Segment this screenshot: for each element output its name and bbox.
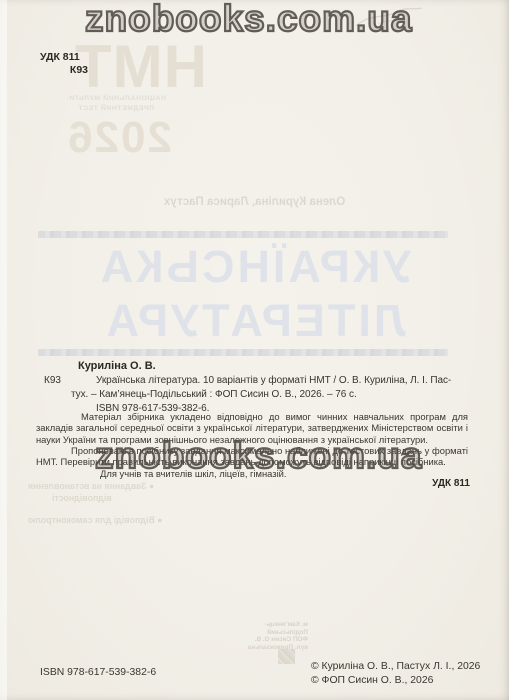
bleedthrough-series-caption-line2: ПРЕДМЕТНИЙ ТЕСТ <box>56 104 176 114</box>
bleedthrough-series-caption: НАЦІОНАЛЬНИЙ МУЛЬТИ- ПРЕДМЕТНИЙ ТЕСТ <box>56 94 176 113</box>
bleedthrough-feature1-line2: відповідності <box>52 493 112 503</box>
bleedthrough-feature2: ● Відповіді для самоконтролю <box>28 515 162 525</box>
bleedthrough-band-top <box>38 231 448 238</box>
imprint-author: Куриліна О. В. <box>78 360 156 372</box>
bleedthrough-title-line2: ЛІТЕРАТУРА <box>0 298 509 343</box>
bleedthrough-authors: Олена Куриліна, Лариса Пастух <box>0 196 509 208</box>
bleedthrough-publisher-line3: вул. Привокзальна <box>228 644 308 652</box>
imprint-bib-line1: Українська література. 10 варіантів у фо… <box>96 375 451 386</box>
bleedthrough-feature1-line1: ● Завдання на встановлення <box>28 481 154 491</box>
watermark-top: znobooks.com.ua <box>85 0 412 40</box>
udk-bottom-label: УДК 811 <box>432 478 470 489</box>
bleedthrough-series-logo: НМТ <box>74 37 207 97</box>
bleedthrough-band-bottom <box>38 349 448 356</box>
footer-copyright-publisher: © ФОП Сисин О. В., 2026 <box>311 675 433 686</box>
watermark-middle: znobooks.com.ua <box>95 435 422 477</box>
bleedthrough-stamp-square <box>278 649 295 664</box>
bleedthrough-title-line1: УКРАЇНСЬКА <box>0 244 509 289</box>
footer-isbn: ISBN 978-617-539-382-6 <box>40 667 156 678</box>
book-imprint-page: znobooks.com.ua УДК 811 К93 НМТ НАЦІОНАЛ… <box>0 0 509 700</box>
imprint-bib-line2: тух. – Кам’янець-Подільський : ФОП Сисин… <box>71 389 357 400</box>
bleedthrough-publisher-line1: м. Кам’янець-Подільський <box>228 621 308 636</box>
bleedthrough-publisher-line2: ФОП Сисин О. В. <box>228 636 308 644</box>
footer-copyright-authors: © Куриліна О. В., Пастух Л. І., 2026 <box>311 661 480 672</box>
bleedthrough-year: 2026 <box>66 116 172 160</box>
bleedthrough-publisher-block: м. Кам’янець-Подільський ФОП Сисин О. В.… <box>228 621 308 651</box>
imprint-code: К93 <box>44 375 61 386</box>
bleedthrough-series-caption-line1: НАЦІОНАЛЬНИЙ МУЛЬТИ- <box>56 94 176 104</box>
scan-edge-strip <box>0 0 7 700</box>
